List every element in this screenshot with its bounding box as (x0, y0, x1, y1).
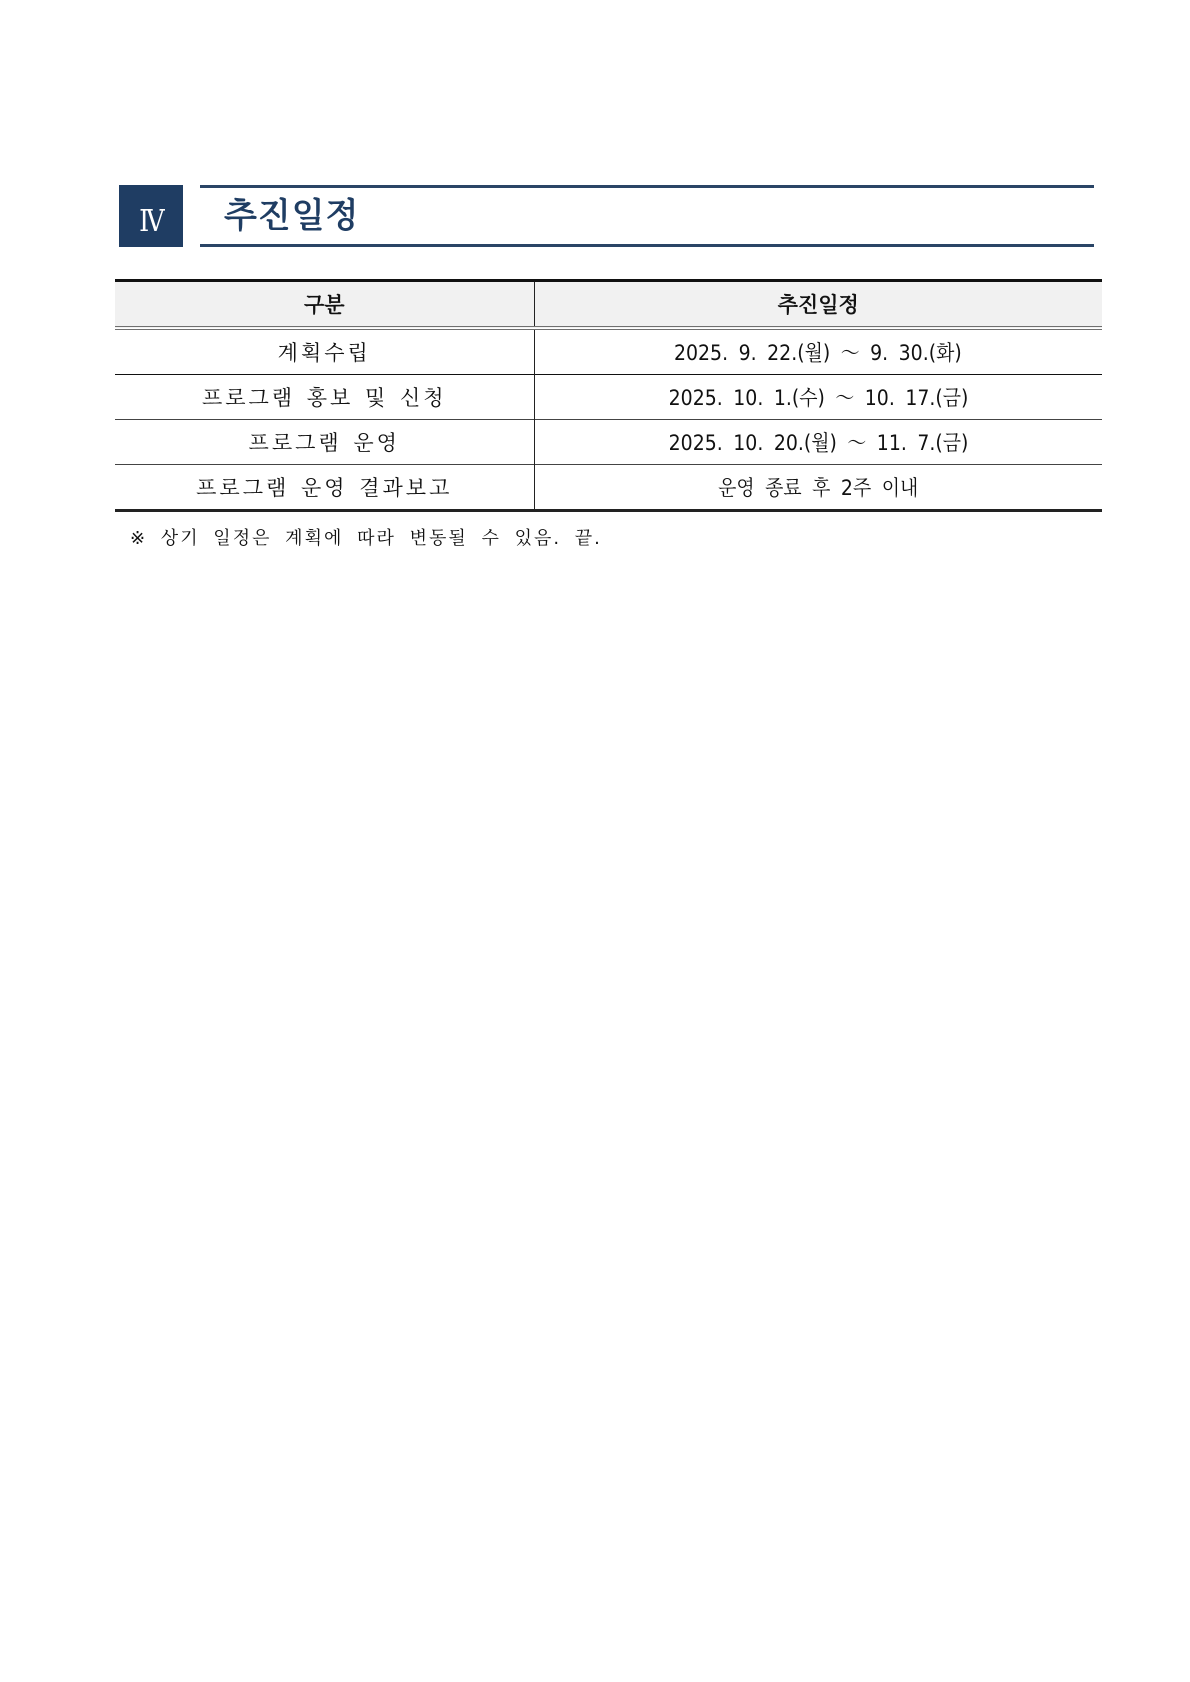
row-period: 2025. 9. 22.(월) ～ 9. 30.(화) (534, 328, 1102, 375)
period-text: 2025. 10. 1.(수) ～ 10. 17.(금) (668, 382, 968, 412)
row-category: 프로그램 운영 결과보고 (115, 465, 534, 511)
row-period: 운영 종료 후 2주 이내 (534, 465, 1102, 511)
table-row: 프로그램 운영 결과보고 운영 종료 후 2주 이내 (115, 465, 1102, 511)
section-title: 추진일정 (224, 193, 359, 239)
period-text: 2025. 10. 20.(월) ～ 11. 7.(금) (668, 427, 968, 457)
table-row: 프로그램 운영 2025. 10. 20.(월) ～ 11. 7.(금) (115, 420, 1102, 465)
row-category: 프로그램 홍보 및 신청 (115, 375, 534, 420)
table-row: 계획수립 2025. 9. 22.(월) ～ 9. 30.(화) (115, 328, 1102, 375)
row-category: 프로그램 운영 (115, 420, 534, 465)
row-period: 2025. 10. 1.(수) ～ 10. 17.(금) (534, 375, 1102, 420)
section-header: Ⅳ 추진일정 (119, 185, 1094, 247)
title-rule-bottom (200, 244, 1094, 247)
column-header-schedule: 추진일정 (534, 281, 1102, 329)
table-row: 프로그램 홍보 및 신청 2025. 10. 1.(수) ～ 10. 17.(금… (115, 375, 1102, 420)
period-text: 2025. 9. 22.(월) ～ 9. 30.(화) (674, 337, 962, 367)
row-period: 2025. 10. 20.(월) ～ 11. 7.(금) (534, 420, 1102, 465)
section-number-badge: Ⅳ (119, 185, 183, 247)
title-rule-top (200, 185, 1094, 188)
table-header-row: 구분 추진일정 (115, 281, 1102, 329)
section-number: Ⅳ (139, 185, 164, 253)
period-text: 운영 종료 후 2주 이내 (718, 472, 918, 502)
schedule-table: 구분 추진일정 계획수립 2025. 9. 22.(월) ～ 9. 30.(화)… (115, 279, 1102, 512)
column-header-category: 구분 (115, 281, 534, 329)
footnote: ※ 상기 일정은 계획에 따라 변동될 수 있음. 끝. (130, 527, 602, 551)
row-category: 계획수립 (115, 328, 534, 375)
